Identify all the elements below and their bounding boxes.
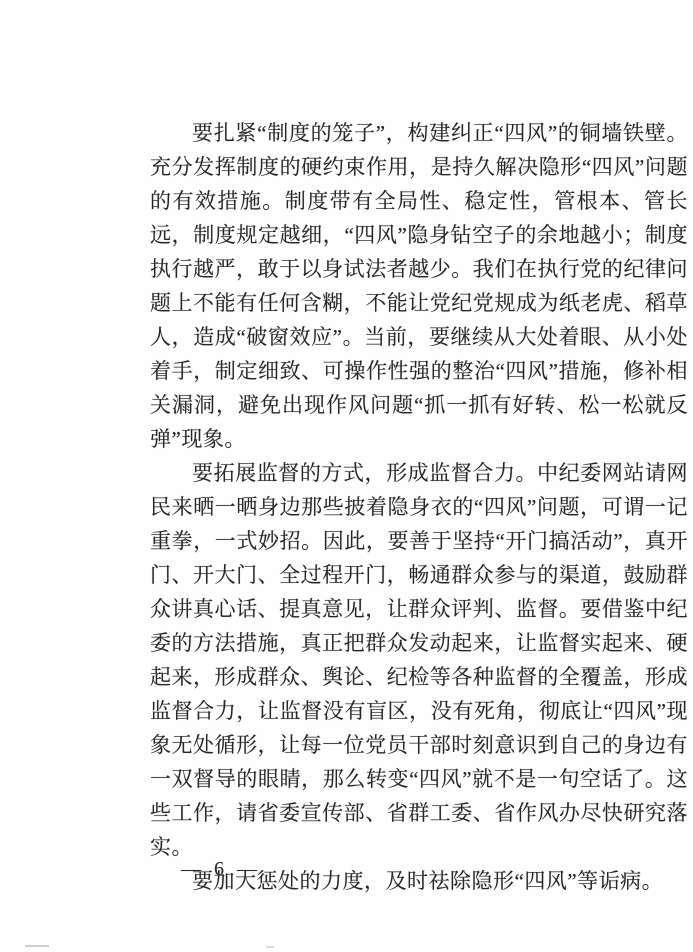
document-text-block: 要扎紧“制度的笼子”，构建纠正“四风”的铜墙铁壁。充分发挥制度的硬约束作用，是持…	[150, 116, 688, 898]
paragraph: 要扎紧“制度的笼子”，构建纠正“四风”的铜墙铁壁。充分发挥制度的硬约束作用，是持…	[150, 116, 688, 456]
scan-artifact	[266, 946, 274, 948]
paragraph: 要拓展监督的方式，形成监督合力。中纪委网站请网民来晒一晒身边那些披着隐身衣的“四…	[150, 456, 688, 864]
scanned-document-page: 要扎紧“制度的笼子”，构建纠正“四风”的铜墙铁壁。充分发挥制度的硬约束作用，是持…	[0, 0, 693, 952]
scan-artifact	[25, 945, 49, 947]
page-number: — 6 —	[181, 858, 261, 881]
